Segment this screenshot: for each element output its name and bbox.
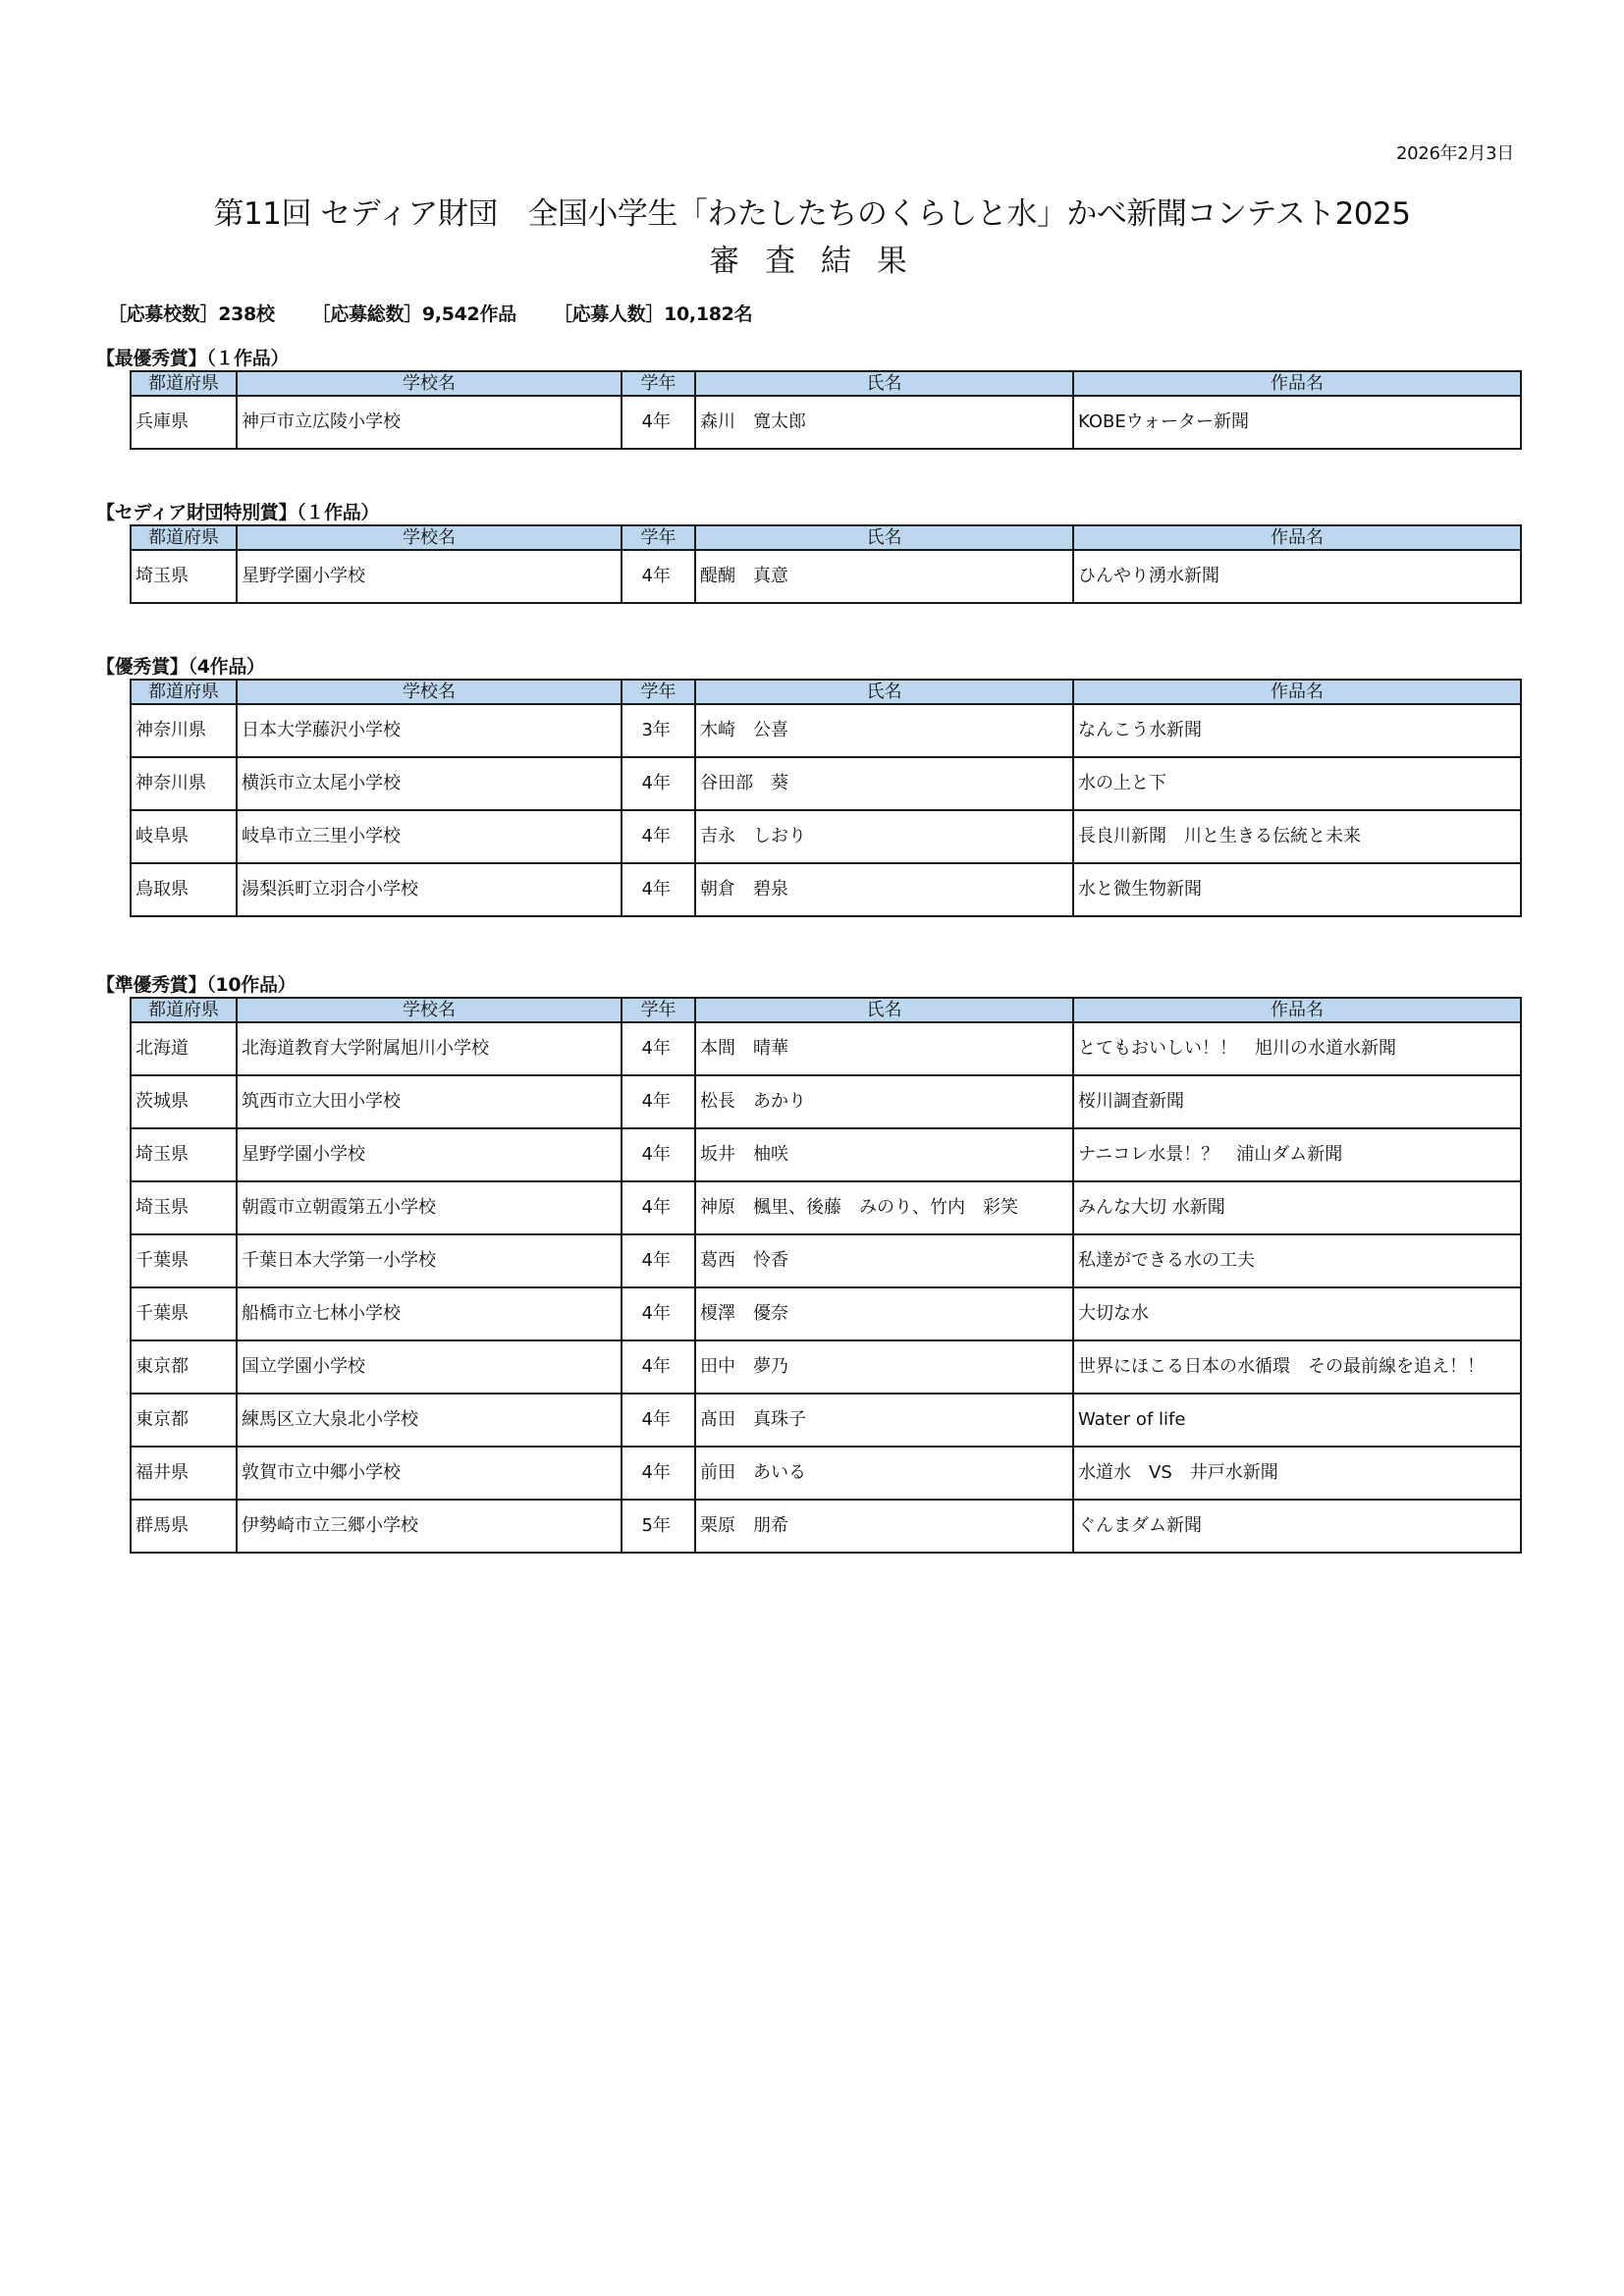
col-header-work: 作品名 xyxy=(1073,998,1521,1022)
cell-school: 横浜市立太尾小学校 xyxy=(237,757,622,810)
cell-school: 国立学園小学校 xyxy=(237,1340,622,1394)
col-header-school: 学校名 xyxy=(237,998,622,1022)
cell-name: 醍醐 真意 xyxy=(695,550,1073,603)
table-row: 神奈川県 日本大学藤沢小学校 3年 木崎 公喜 なんこう水新聞 xyxy=(131,704,1521,757)
table-row: 東京都 練馬区立大泉北小学校 4年 髙田 真珠子 Water of life xyxy=(131,1394,1521,1447)
col-header-school: 学校名 xyxy=(237,371,622,396)
col-header-grade: 学年 xyxy=(622,998,695,1022)
cell-name: 谷田部 葵 xyxy=(695,757,1073,810)
application-stats: ［応募校数］238校［応募総数］9,542作品［応募人数］10,182名 xyxy=(108,300,789,326)
col-header-work: 作品名 xyxy=(1073,680,1521,704)
table-row: 埼玉県 星野学園小学校 4年 坂井 柚咲 ナニコレ水景！？ 浦山ダム新聞 xyxy=(131,1128,1521,1181)
table-row: 岐阜県 岐阜市立三里小学校 4年 吉永 しおり 長良川新聞 川と生きる伝統と未来 xyxy=(131,810,1521,863)
cell-work: なんこう水新聞 xyxy=(1073,704,1521,757)
cell-prefecture: 北海道 xyxy=(131,1022,237,1075)
cell-work: 長良川新聞 川と生きる伝統と未来 xyxy=(1073,810,1521,863)
cell-grade: 4年 xyxy=(622,1075,695,1128)
cell-grade: 4年 xyxy=(622,1022,695,1075)
cell-school: 船橋市立七林小学校 xyxy=(237,1287,622,1340)
table-header-row: 都道府県 学校名 学年 氏名 作品名 xyxy=(131,525,1521,550)
cell-grade: 4年 xyxy=(622,757,695,810)
col-header-prefecture: 都道府県 xyxy=(131,525,237,550)
cell-grade: 3年 xyxy=(622,704,695,757)
cell-work: 桜川調査新聞 xyxy=(1073,1075,1521,1128)
table-row: 福井県 敦賀市立中郷小学校 4年 前田 あいる 水道水 VS 井戸水新聞 xyxy=(131,1447,1521,1500)
table-row: 群馬県 伊勢崎市立三郷小学校 5年 栗原 朋希 ぐんまダム新聞 xyxy=(131,1500,1521,1553)
table-special-prize: 都道府県 学校名 学年 氏名 作品名 埼玉県 星野学園小学校 4年 醍醐 真意 … xyxy=(130,524,1522,604)
cell-grade: 4年 xyxy=(622,1128,695,1181)
col-header-prefecture: 都道府県 xyxy=(131,680,237,704)
table-row: 埼玉県 星野学園小学校 4年 醍醐 真意 ひんやり湧水新聞 xyxy=(131,550,1521,603)
document-title: 第11回 セディア財団 全国小学生「わたしたちのくらしと水」かべ新聞コンテスト2… xyxy=(0,194,1624,234)
table-row: 東京都 国立学園小学校 4年 田中 夢乃 世界にほこる日本の水循環 その最前線を… xyxy=(131,1340,1521,1394)
stat-people: ［応募人数］10,182名 xyxy=(554,303,752,325)
table-runner-up-prize: 都道府県 学校名 学年 氏名 作品名 北海道 北海道教育大学附属旭川小学校 4年… xyxy=(130,997,1522,1554)
cell-prefecture: 神奈川県 xyxy=(131,757,237,810)
cell-work: 私達ができる水の工夫 xyxy=(1073,1234,1521,1287)
table-header-row: 都道府県 学校名 学年 氏名 作品名 xyxy=(131,371,1521,396)
cell-grade: 4年 xyxy=(622,1340,695,1394)
col-header-name: 氏名 xyxy=(695,680,1073,704)
cell-name: 前田 あいる xyxy=(695,1447,1073,1500)
col-header-name: 氏名 xyxy=(695,998,1073,1022)
col-header-work: 作品名 xyxy=(1073,371,1521,396)
table-row: 北海道 北海道教育大学附属旭川小学校 4年 本間 晴華 とてもおいしい！！ 旭川… xyxy=(131,1022,1521,1075)
cell-name: 本間 晴華 xyxy=(695,1022,1073,1075)
cell-work: ナニコレ水景！？ 浦山ダム新聞 xyxy=(1073,1128,1521,1181)
cell-grade: 4年 xyxy=(622,396,695,449)
cell-prefecture: 千葉県 xyxy=(131,1234,237,1287)
cell-work: ひんやり湧水新聞 xyxy=(1073,550,1521,603)
cell-work: 大切な水 xyxy=(1073,1287,1521,1340)
section-title-special-prize: 【セディア財団特別賞】（１作品） xyxy=(96,498,379,524)
cell-prefecture: 神奈川県 xyxy=(131,704,237,757)
cell-grade: 4年 xyxy=(622,1394,695,1447)
table-row: 茨城県 筑西市立大田小学校 4年 松長 あかり 桜川調査新聞 xyxy=(131,1075,1521,1128)
table-row: 兵庫県 神戸市立広陵小学校 4年 森川 寛太郎 KOBEウォーター新聞 xyxy=(131,396,1521,449)
cell-grade: 4年 xyxy=(622,810,695,863)
cell-school: 神戸市立広陵小学校 xyxy=(237,396,622,449)
cell-school: 北海道教育大学附属旭川小学校 xyxy=(237,1022,622,1075)
col-header-name: 氏名 xyxy=(695,525,1073,550)
cell-grade: 4年 xyxy=(622,1287,695,1340)
cell-name: 榎澤 優奈 xyxy=(695,1287,1073,1340)
cell-name: 坂井 柚咲 xyxy=(695,1128,1073,1181)
cell-prefecture: 埼玉県 xyxy=(131,550,237,603)
cell-name: 葛西 怜香 xyxy=(695,1234,1073,1287)
table-row: 千葉県 船橋市立七林小学校 4年 榎澤 優奈 大切な水 xyxy=(131,1287,1521,1340)
col-header-work: 作品名 xyxy=(1073,525,1521,550)
col-header-name: 氏名 xyxy=(695,371,1073,396)
cell-name: 松長 あかり xyxy=(695,1075,1073,1128)
cell-prefecture: 東京都 xyxy=(131,1340,237,1394)
cell-prefecture: 埼玉県 xyxy=(131,1181,237,1234)
cell-name: 朝倉 碧泉 xyxy=(695,863,1073,916)
cell-prefecture: 東京都 xyxy=(131,1394,237,1447)
table-row: 神奈川県 横浜市立太尾小学校 4年 谷田部 葵 水の上と下 xyxy=(131,757,1521,810)
table-header-row: 都道府県 学校名 学年 氏名 作品名 xyxy=(131,680,1521,704)
cell-name: 髙田 真珠子 xyxy=(695,1394,1073,1447)
col-header-school: 学校名 xyxy=(237,525,622,550)
section-title-grand-prize: 【最優秀賞】（１作品） xyxy=(96,344,289,370)
cell-grade: 4年 xyxy=(622,1181,695,1234)
cell-name: 栗原 朋希 xyxy=(695,1500,1073,1553)
cell-school: 練馬区立大泉北小学校 xyxy=(237,1394,622,1447)
cell-grade: 5年 xyxy=(622,1500,695,1553)
table-row: 鳥取県 湯梨浜町立羽合小学校 4年 朝倉 碧泉 水と微生物新聞 xyxy=(131,863,1521,916)
cell-name: 森川 寛太郎 xyxy=(695,396,1073,449)
col-header-school: 学校名 xyxy=(237,680,622,704)
table-row: 千葉県 千葉日本大学第一小学校 4年 葛西 怜香 私達ができる水の工夫 xyxy=(131,1234,1521,1287)
cell-work: とてもおいしい！！ 旭川の水道水新聞 xyxy=(1073,1022,1521,1075)
stat-works: ［応募総数］9,542作品 xyxy=(312,303,516,325)
cell-prefecture: 埼玉県 xyxy=(131,1128,237,1181)
cell-grade: 4年 xyxy=(622,550,695,603)
cell-name: 神原 楓里、後藤 みのり、竹内 彩笑 xyxy=(695,1181,1073,1234)
cell-grade: 4年 xyxy=(622,1447,695,1500)
cell-work: 水の上と下 xyxy=(1073,757,1521,810)
cell-work: 水と微生物新聞 xyxy=(1073,863,1521,916)
cell-school: 千葉日本大学第一小学校 xyxy=(237,1234,622,1287)
cell-grade: 4年 xyxy=(622,1234,695,1287)
table-row: 埼玉県 朝霞市立朝霞第五小学校 4年 神原 楓里、後藤 みのり、竹内 彩笑 みん… xyxy=(131,1181,1521,1234)
cell-work: ぐんまダム新聞 xyxy=(1073,1500,1521,1553)
table-header-row: 都道府県 学校名 学年 氏名 作品名 xyxy=(131,998,1521,1022)
section-title-runner-up-prize: 【準優秀賞】（10作品） xyxy=(96,970,296,997)
cell-work: Water of life xyxy=(1073,1394,1521,1447)
stat-schools: ［応募校数］238校 xyxy=(108,303,275,325)
cell-prefecture: 岐阜県 xyxy=(131,810,237,863)
cell-prefecture: 福井県 xyxy=(131,1447,237,1500)
section-title-excellence-prize: 【優秀賞】（4作品） xyxy=(96,652,265,679)
cell-school: 岐阜市立三里小学校 xyxy=(237,810,622,863)
cell-work: 世界にほこる日本の水循環 その最前線を追え！！ xyxy=(1073,1340,1521,1394)
cell-school: 日本大学藤沢小学校 xyxy=(237,704,622,757)
cell-school: 伊勢崎市立三郷小学校 xyxy=(237,1500,622,1553)
cell-prefecture: 群馬県 xyxy=(131,1500,237,1553)
cell-work: 水道水 VS 井戸水新聞 xyxy=(1073,1447,1521,1500)
cell-prefecture: 鳥取県 xyxy=(131,863,237,916)
document-subtitle: 審 査 結 果 xyxy=(0,242,1624,281)
cell-name: 木崎 公喜 xyxy=(695,704,1073,757)
cell-work: みんな大切 水新聞 xyxy=(1073,1181,1521,1234)
col-header-grade: 学年 xyxy=(622,525,695,550)
cell-prefecture: 千葉県 xyxy=(131,1287,237,1340)
cell-school: 敦賀市立中郷小学校 xyxy=(237,1447,622,1500)
col-header-prefecture: 都道府県 xyxy=(131,371,237,396)
document-date: 2026年2月3日 xyxy=(1396,139,1514,165)
col-header-prefecture: 都道府県 xyxy=(131,998,237,1022)
cell-work: KOBEウォーター新聞 xyxy=(1073,396,1521,449)
cell-school: 筑西市立大田小学校 xyxy=(237,1075,622,1128)
cell-prefecture: 茨城県 xyxy=(131,1075,237,1128)
cell-grade: 4年 xyxy=(622,863,695,916)
col-header-grade: 学年 xyxy=(622,680,695,704)
table-excellence-prize: 都道府県 学校名 学年 氏名 作品名 神奈川県 日本大学藤沢小学校 3年 木崎 … xyxy=(130,679,1522,917)
cell-school: 星野学園小学校 xyxy=(237,550,622,603)
cell-school: 朝霞市立朝霞第五小学校 xyxy=(237,1181,622,1234)
cell-school: 星野学園小学校 xyxy=(237,1128,622,1181)
cell-school: 湯梨浜町立羽合小学校 xyxy=(237,863,622,916)
cell-name: 田中 夢乃 xyxy=(695,1340,1073,1394)
cell-name: 吉永 しおり xyxy=(695,810,1073,863)
cell-prefecture: 兵庫県 xyxy=(131,396,237,449)
table-grand-prize: 都道府県 学校名 学年 氏名 作品名 兵庫県 神戸市立広陵小学校 4年 森川 寛… xyxy=(130,370,1522,450)
col-header-grade: 学年 xyxy=(622,371,695,396)
